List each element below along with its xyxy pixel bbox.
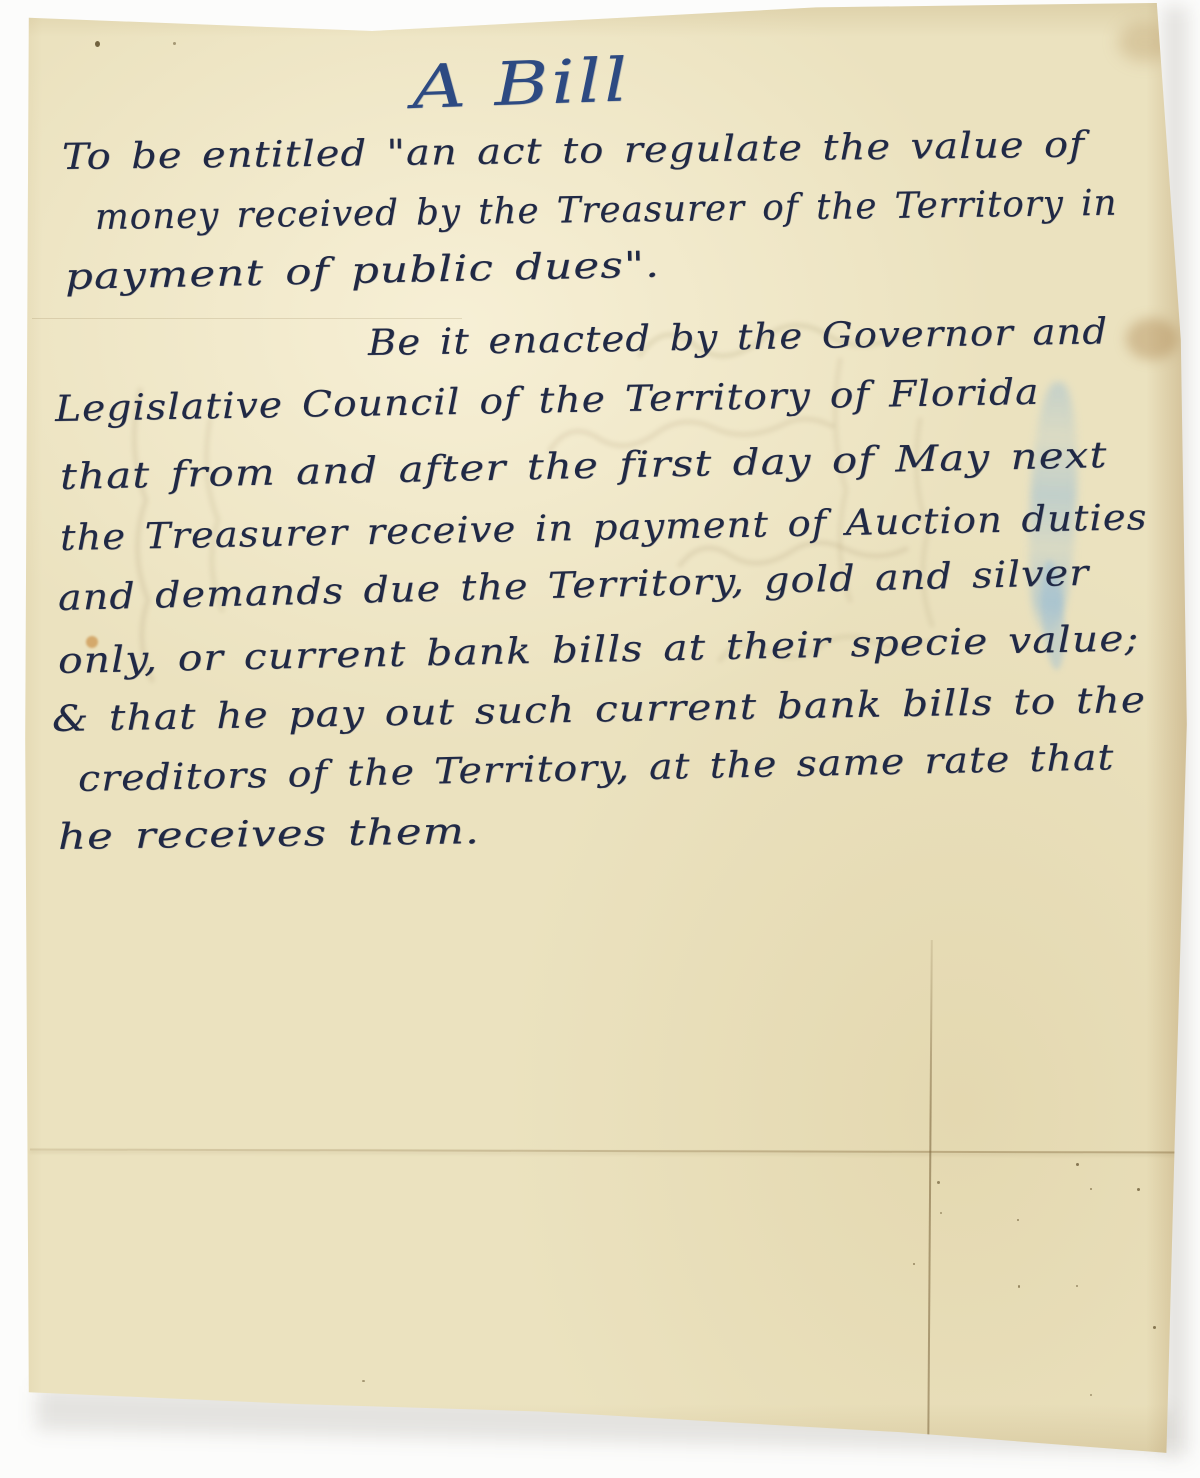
speck: [362, 1380, 365, 1382]
handwritten-line: that from and after the first day of May…: [60, 438, 1108, 496]
speck: [913, 1263, 915, 1265]
speck: [1017, 1219, 1019, 1221]
handwritten-line: and demands due the Territory, gold and …: [58, 556, 1090, 617]
speck: [1090, 1394, 1092, 1396]
horizontal-fold-line: [30, 1148, 1178, 1153]
handwritten-line: Be it enacted by the Governor and: [368, 314, 1109, 362]
handwritten-line: he receives them.: [58, 814, 481, 856]
speck: [940, 1212, 942, 1214]
vertical-fold-line: [927, 940, 933, 1454]
handwritten-line: Legislative Council of the Territory of …: [55, 375, 1040, 428]
speck: [1076, 1163, 1079, 1166]
faint-crease-line: [32, 318, 462, 319]
handwritten-line: money received by the Treasurer of the T…: [95, 186, 1118, 236]
handwritten-line: only, or current bank bills at their spe…: [58, 621, 1140, 680]
speck: [1018, 1285, 1020, 1288]
speck: [937, 1181, 940, 1184]
scanned-document: A Bill To be entitled "an act to regulat…: [0, 0, 1200, 1478]
speck: [1153, 1326, 1156, 1329]
speck: [1090, 1188, 1092, 1190]
speck: [95, 41, 100, 47]
handwritten-line: the Treasurer receive in payment of Auct…: [60, 500, 1148, 557]
handwritten-line: & that he pay out such current bank bill…: [52, 683, 1147, 738]
handwritten-line: To be entitled "an act to regulate the v…: [62, 128, 1085, 176]
edge-stain: [1126, 318, 1178, 360]
speck: [1137, 1188, 1140, 1191]
document-title: A Bill: [411, 50, 631, 118]
handwritten-line: creditors of the Territory, at the same …: [78, 740, 1115, 798]
speck: [1076, 1285, 1078, 1287]
speck: [173, 42, 176, 45]
handwritten-line: payment of public dues".: [65, 248, 661, 296]
document-page: A Bill To be entitled "an act to regulat…: [0, 0, 1200, 1478]
